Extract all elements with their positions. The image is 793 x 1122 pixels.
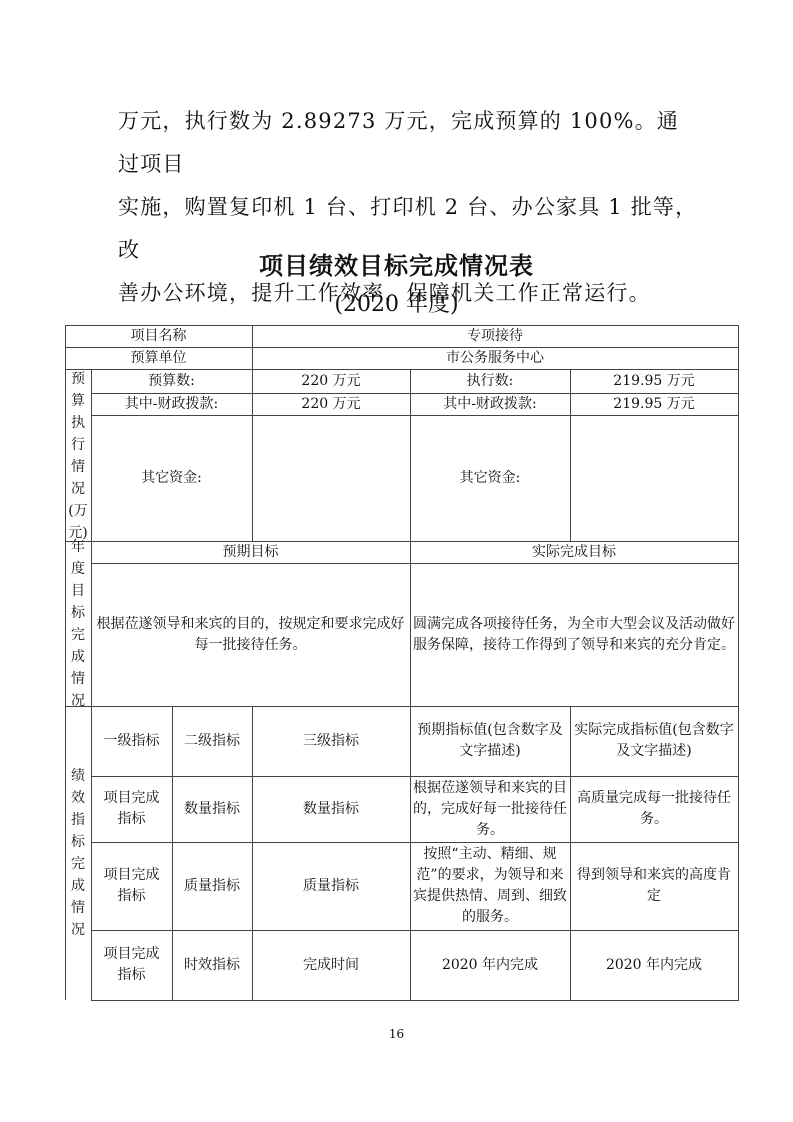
other-budget-value (252, 415, 410, 541)
indicator-section-label: 绩效指标完成情况 (65, 706, 91, 1000)
budget-amount-label: 预算数: (91, 369, 252, 393)
fiscal-exec-label: 其中-财政拨款: (410, 393, 570, 415)
fiscal-exec-value: 219.95 万元 (570, 393, 738, 415)
indicator-header: 三级指标 (252, 706, 410, 776)
indicator-cell: 数量指标 (172, 776, 252, 842)
exec-amount-value: 219.95 万元 (570, 369, 738, 393)
indicator-cell: 2020 年内完成 (570, 930, 738, 1000)
indicator-cell: 项目完成指标 (91, 842, 172, 930)
other-exec-label: 其它资金: (410, 415, 570, 541)
actual-goal-header: 实际完成目标 (410, 541, 738, 563)
annual-section-label: 年度目标完成情况 (65, 541, 91, 706)
budget-unit-label: 预算单位 (65, 347, 252, 369)
exec-amount-label: 执行数: (410, 369, 570, 393)
indicator-cell: 2020 年内完成 (410, 930, 570, 1000)
fiscal-budget-value: 220 万元 (252, 393, 410, 415)
budget-amount-value: 220 万元 (252, 369, 410, 393)
expected-goal-header: 预期目标 (91, 541, 410, 563)
other-exec-value (570, 415, 738, 541)
project-name-value: 专项接待 (252, 325, 738, 347)
actual-goal-text: 圆满完成各项接待任务，为全市大型会议及活动做好服务保障，接待工作得到了领导和来宾… (410, 563, 738, 706)
expected-goal-text: 根据莅遂领导和来宾的目的，按规定和要求完成好每一批接待任务。 (91, 563, 410, 706)
indicator-cell: 按照“主动、精细、规范”的要求，为领导和来宾提供热情、周到、细致的服务。 (410, 842, 570, 930)
indicator-cell: 质量指标 (252, 842, 410, 930)
indicator-cell: 完成时间 (252, 930, 410, 1000)
indicator-cell: 时效指标 (172, 930, 252, 1000)
project-name-label: 项目名称 (65, 325, 252, 347)
indicator-cell: 高质量完成每一批接待任务。 (570, 776, 738, 842)
indicator-header: 实际完成指标值(包含数字及文字描述) (570, 706, 738, 776)
indicator-cell: 根据莅遂领导和来宾的目的，完成好每一批接待任务。 (410, 776, 570, 842)
budget-unit-value: 市公务服务中心 (252, 347, 738, 369)
indicator-header: 一级指标 (91, 706, 172, 776)
indicator-cell: 项目完成指标 (91, 930, 172, 1000)
budget-section-label: 预算执行情况(万元) (65, 371, 91, 541)
performance-table: 项目名称 专项接待 预算单位 市公务服务中心 预算执行情况(万元) 预算数: 2… (0, 0, 793, 1122)
indicator-cell: 数量指标 (252, 776, 410, 842)
other-budget-label: 其它资金: (91, 415, 252, 541)
indicator-cell: 得到领导和来宾的高度肯定 (570, 842, 738, 930)
page-number: 16 (0, 1027, 793, 1041)
indicator-cell: 项目完成指标 (91, 776, 172, 842)
fiscal-budget-label: 其中-财政拨款: (91, 393, 252, 415)
indicator-cell: 质量指标 (172, 842, 252, 930)
indicator-header: 二级指标 (172, 706, 252, 776)
indicator-header: 预期指标值(包含数字及文字描述) (410, 706, 570, 776)
